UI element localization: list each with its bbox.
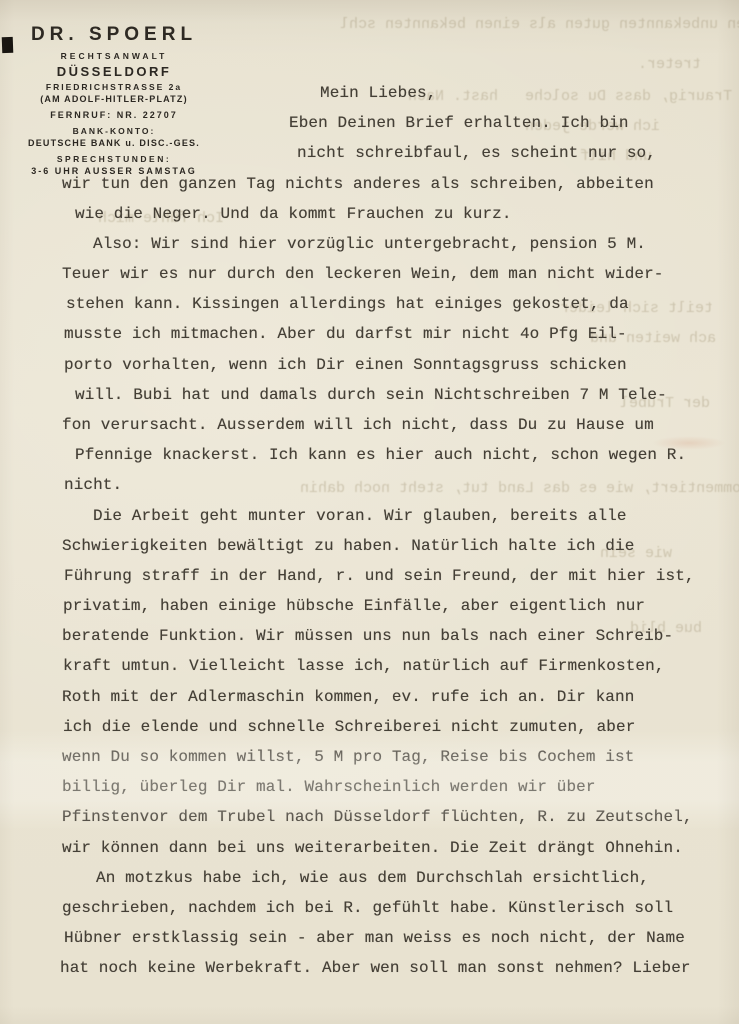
- letterhead-bank-label: BANK-KONTO:: [6, 126, 222, 136]
- scanned-letter-page: DR. SPOERL RECHTSANWALT DÜSSELDORF FRIED…: [0, 0, 739, 1024]
- letter-line: nicht schreibfaul, es scheint nur so,: [297, 144, 656, 162]
- letter-line: Also: Wir sind hier vorzüglic untergebra…: [93, 235, 646, 253]
- bleedthrough-line: einen unbekannten guten als einen bekann…: [340, 16, 739, 33]
- letter-line: wie die Neger. Und da kommt Frauchen zu …: [75, 205, 512, 223]
- letter-line: Die Arbeit geht munter voran. Wir glaube…: [93, 507, 627, 525]
- letter-line: wir tun den ganzen Tag nichts anderes al…: [62, 175, 654, 193]
- letter-line: An motzkus habe ich, wie aus dem Durchsc…: [96, 869, 649, 887]
- letter-line: hat noch keine Werbekraft. Aber wen soll…: [60, 959, 691, 977]
- letter-line: fon verursacht. Ausserdem will ich nicht…: [62, 416, 654, 434]
- letterhead-street: FRIEDRICHSTRASSE 2a: [6, 82, 222, 92]
- letter-line: geschrieben, nachdem ich bei R. gefühlt …: [62, 899, 673, 917]
- letter-line: will. Bubi hat und damals durch sein Nic…: [75, 386, 667, 404]
- letter-line: Roth mit der Adlermaschin kommen, ev. ru…: [62, 688, 634, 706]
- letterhead-profession: RECHTSANWALT: [6, 51, 222, 61]
- red-smudge-artifact: [652, 436, 726, 450]
- letter-line: Eben Deinen Brief erhalten. Ich bin: [289, 114, 629, 132]
- letterhead-hours-label: SPRECHSTUNDEN:: [6, 154, 222, 164]
- letterhead-city: DÜSSELDORF: [6, 64, 222, 79]
- letter-line: Pfinstenvor dem Trubel nach Düsseldorf f…: [62, 808, 693, 826]
- letterhead-bank: DEUTSCHE BANK u. DISC.-GES.: [6, 138, 222, 148]
- letter-line: beratende Funktion. Wir müssen uns nun b…: [62, 627, 673, 645]
- letter-line: Teuer wir es nur durch den leckeren Wein…: [62, 265, 664, 283]
- letter-line: wir können dann bei uns weiterarbeiten. …: [62, 839, 683, 857]
- letter-line: wenn Du so kommen willst, 5 M pro Tag, R…: [62, 748, 634, 766]
- bleedthrough-line: treter.: [638, 56, 701, 73]
- letterhead-phone: FERNRUF: NR. 22707: [6, 110, 222, 120]
- letter-line: musste ich mitmachen. Aber du darfst mir…: [64, 325, 627, 343]
- letter-line: Mein Liebes,: [320, 84, 436, 102]
- letterhead: DR. SPOERL RECHTSANWALT DÜSSELDORF FRIED…: [6, 24, 222, 176]
- letter-line: Führung straff in der Hand, r. und sein …: [64, 567, 695, 585]
- bleedthrough-line: witzig kommentiert, wie es das Land tut,…: [300, 480, 739, 497]
- letter-line: billig, überleg Dir mal. Wahrscheinlich …: [62, 778, 596, 796]
- bleedthrough-line: Traurig, dass Du solche hast. Nach: [408, 88, 732, 105]
- letterhead-square: (AM ADOLF-HITLER-PLATZ): [6, 94, 222, 104]
- letter-line: Hübner erstklassig sein - aber man weiss…: [64, 929, 685, 947]
- letter-line: ich die elende und schnelle Schreiberei …: [63, 718, 635, 736]
- letter-line: stehen kann. Kissingen allerdings hat ei…: [66, 295, 629, 313]
- letter-line: Schwierigkeiten bewältigt zu haben. Natü…: [62, 537, 634, 555]
- letter-line: porto vorhalten, wenn ich Dir einen Sonn…: [64, 356, 627, 374]
- letter-line: privatim, haben einige hübsche Einfälle,…: [63, 597, 645, 615]
- letter-line: kraft umtun. Vielleicht lasse ich, natür…: [63, 657, 665, 675]
- letterhead-name: DR. SPOERL: [6, 24, 222, 46]
- letter-line: nicht.: [64, 476, 122, 494]
- letter-line: Pfennige knackerst. Ich kann es hier auc…: [75, 446, 686, 464]
